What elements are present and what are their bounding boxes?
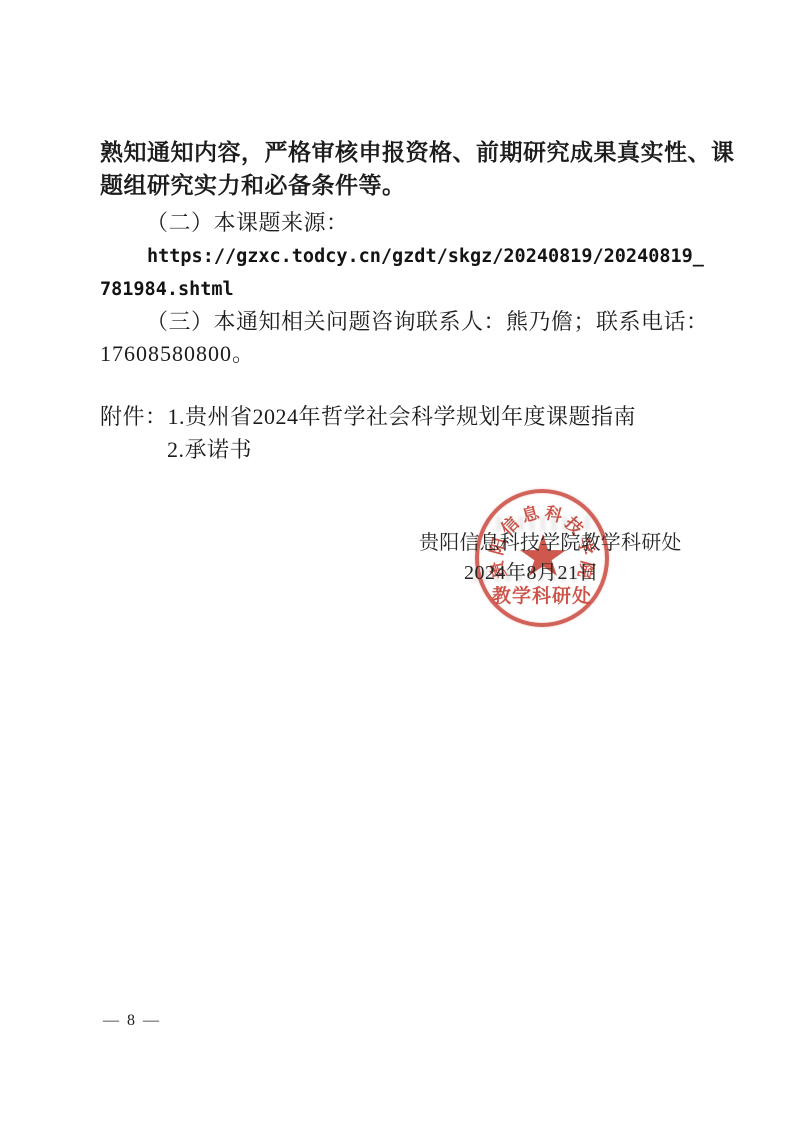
attachments-line-1: 附件：1.贵州省2024年哲学社会科学规划年度课题指南 bbox=[100, 404, 636, 429]
official-seal: 贵 阳 信 息 科 技 学 院 教学科研处 bbox=[475, 489, 609, 627]
body-paragraph-line-1: 熟知通知内容，严格审核申报资格、前期研究成果真实性、课 bbox=[100, 140, 735, 166]
source-url-line-1: https://gzxc.todcy.cn/gzdt/skgz/20240819… bbox=[147, 246, 704, 267]
issue-date: 2024年8月21日 bbox=[464, 562, 599, 585]
issuer-signature: 贵阳信息科技学院教学科研处 bbox=[419, 532, 682, 555]
section-2-heading: （二）本课题来源： bbox=[146, 210, 349, 235]
document-page: 熟知通知内容，严格审核申报资格、前期研究成果真实性、课 题组研究实力和必备条件等… bbox=[0, 0, 794, 1122]
page-number: — 8 — bbox=[103, 1012, 161, 1030]
contact-phone-line: 17608580800。 bbox=[100, 341, 255, 366]
section-3-line-1: （三）本通知相关问题咨询联系人：熊乃儋；联系电话： bbox=[146, 309, 709, 334]
seal-department-text: 教学科研处 bbox=[475, 581, 609, 608]
source-url-line-2: 781984.shtml bbox=[100, 279, 234, 300]
attachments-line-2: 2.承诺书 bbox=[167, 437, 252, 462]
body-paragraph-line-2: 题组研究实力和必备条件等。 bbox=[100, 173, 406, 199]
